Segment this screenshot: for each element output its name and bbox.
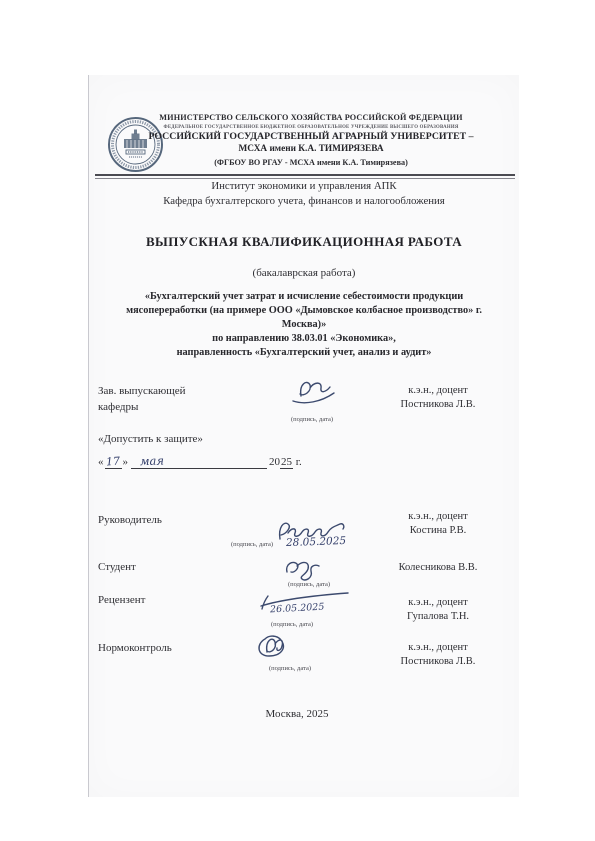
dept-head-signature (285, 376, 337, 406)
reviewer-name: Гупалова Т.Н. (374, 610, 502, 624)
signature-caption: (подпись, дата) (258, 665, 322, 672)
normcontrol-credentials: к.э.н., доцент Постникова Л.В. (374, 641, 502, 669)
work-title: ВЫПУСКНАЯ КВАЛИФИКАЦИОННАЯ РАБОТА (89, 234, 519, 250)
topic-line-2: мясопереработки (на примере ООО «Дымовск… (109, 304, 499, 318)
student-credentials: Колесникова В.В. (374, 561, 502, 575)
normcontrol-label: Нормоконтроль (98, 642, 172, 654)
signature-caption: (подпись, дата) (277, 581, 341, 588)
handwritten-day: 17 (106, 455, 121, 469)
supervisor-name: Костина Р.В. (374, 524, 502, 538)
institute-name: Институт экономики и управления АПК (89, 180, 519, 192)
year-prefix: 20 (269, 456, 280, 468)
topic-line-3: Москва)» (109, 318, 499, 332)
work-subtitle: (бакалаврская работа) (89, 267, 519, 279)
university-name-line2: МСХА имени К.А. ТИМИРЯЗЕВА (103, 144, 519, 154)
normcontrol-degree: к.э.н., доцент (374, 641, 502, 655)
ministry-line: МИНИСТЕРСТВО СЕЛЬСКОГО ХОЗЯЙСТВА РОССИЙС… (103, 113, 519, 122)
topic-line-1: «Бухгалтерский учет затрат и исчисление … (109, 290, 499, 304)
quote-close: » (123, 456, 129, 468)
federal-institution-line: ФЕДЕРАЛЬНОЕ ГОСУДАРСТВЕННОЕ БЮДЖЕТНОЕ ОБ… (103, 125, 519, 130)
student-name: Колесникова В.В. (374, 561, 502, 575)
reviewer-credentials: к.э.н., доцент Гупалова Т.Н. (374, 596, 502, 624)
reviewer-degree: к.э.н., доцент (374, 596, 502, 610)
dept-head-label-line1: Зав. выпускающей (98, 385, 185, 397)
dept-head-degree: к.э.н., доцент (374, 384, 502, 398)
signature-caption: (подпись, дата) (260, 621, 324, 628)
signature-caption: (подпись, дата) (220, 541, 284, 548)
profile-line: направленность «Бухгалтерский учет, анал… (109, 346, 499, 360)
university-name-line1: РОССИЙСКИЙ ГОСУДАРСТВЕННЫЙ АГРАРНЫЙ УНИВ… (103, 131, 519, 142)
header-divider (95, 174, 515, 179)
reviewer-label: Рецензент (98, 594, 145, 606)
signature-caption: (подпись, дата) (257, 416, 367, 423)
supervisor-credentials: к.э.н., доцент Костина Р.В. (374, 510, 502, 538)
normcontrol-signature (251, 632, 289, 658)
defense-date-line: «17»мая2025 г. (98, 454, 302, 469)
handwritten-month: мая (131, 453, 164, 468)
thesis-topic: «Бухгалтерский учет затрат и исчисление … (109, 290, 499, 360)
supervisor-handwritten-date: 28.05.2025 (286, 535, 347, 549)
supervisor-label: Руководитель (98, 514, 162, 526)
scanned-document: МИНИСТЕРСТВО СЕЛЬСКОГО ХОЗЯЙСТВА РОССИЙС… (0, 0, 595, 841)
student-label: Студент (98, 561, 136, 573)
city-year-line: Москва, 2025 (89, 708, 505, 720)
year-label: г. (296, 456, 302, 468)
dept-head-credentials: к.э.н., доцент Постникова Л.В. (374, 384, 502, 411)
university-abbreviation: (ФГБОУ ВО РГАУ - МСХА имени К.А. Тимиряз… (103, 158, 519, 167)
direction-line: по направлению 38.03.01 «Экономика», (109, 332, 499, 346)
supervisor-degree: к.э.н., доцент (374, 510, 502, 524)
student-signature (277, 556, 325, 582)
reviewer-handwritten-date: 26.05.2025 (270, 602, 325, 616)
document-page: МИНИСТЕРСТВО СЕЛЬСКОГО ХОЗЯЙСТВА РОССИЙС… (88, 75, 519, 797)
admit-to-defense-label: «Допустить к защите» (98, 433, 203, 445)
dept-head-label-line2: кафедры (98, 401, 138, 413)
quote-open: « (98, 456, 104, 468)
year-suffix: 25 (280, 456, 293, 469)
normcontrol-name: Постникова Л.В. (374, 655, 502, 669)
dept-head-name: Постникова Л.В. (374, 398, 502, 412)
department-name: Кафедра бухгалтерского учета, финансов и… (89, 195, 519, 207)
